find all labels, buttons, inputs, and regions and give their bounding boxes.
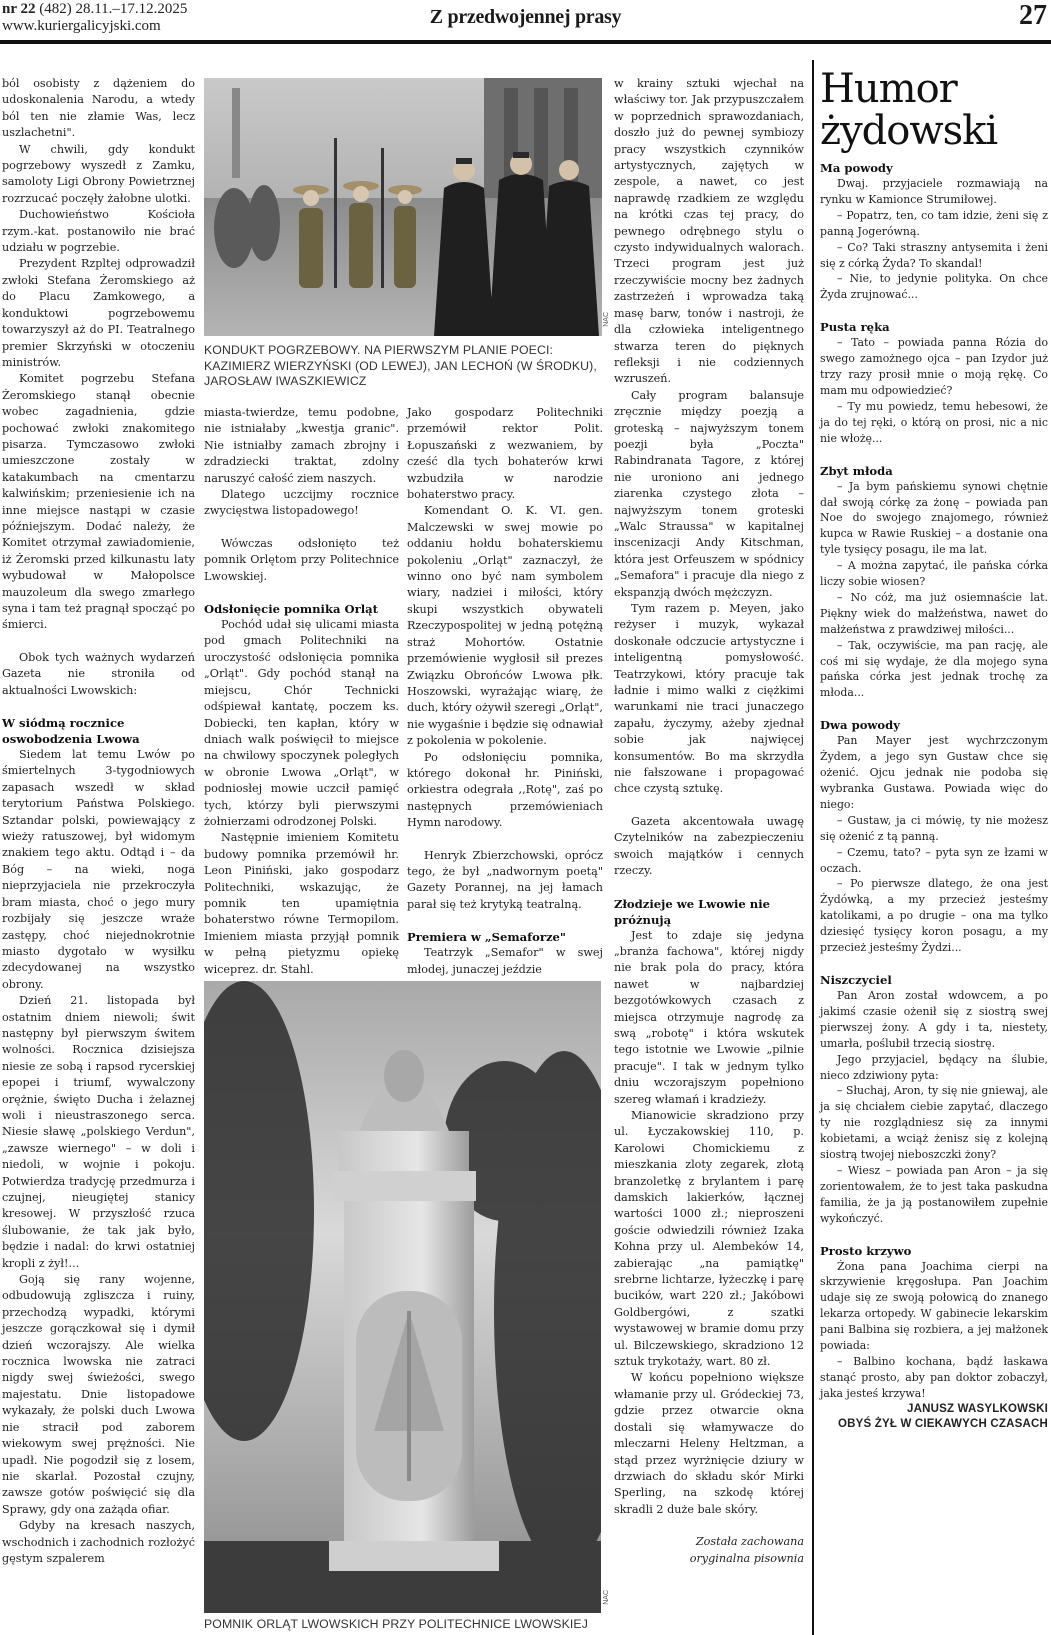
paragraph: Tym razem p. Meyen, jako reżyser i muzyk… <box>614 601 804 798</box>
spelling-note-line2: oryginalna pisownia <box>614 1551 804 1567</box>
joke-title: Ma powody <box>820 160 1048 176</box>
paragraph: – Balbino kochana, bądź łaskawa stanąć p… <box>820 1354 1048 1402</box>
joke-title: Niszczyciel <box>820 972 1048 988</box>
photo-illustration <box>204 78 602 336</box>
spacer <box>820 447 1048 463</box>
joke-title: Pusta ręka <box>820 319 1048 335</box>
paragraph: Siedem lat temu Lwów po śmiertelnych 3-t… <box>2 747 195 993</box>
spacer <box>204 585 399 601</box>
paragraph: Pochód udał się ulicami miasta pod gmach… <box>204 617 399 830</box>
paragraph: Jego przyjaciel, będący na ślubie, nieco… <box>820 1052 1048 1084</box>
photo-credit-top: NAC <box>603 312 610 327</box>
spacer <box>614 1518 804 1534</box>
paragraph: – Czemu, tato? – pyta syn ze łzami w ocz… <box>820 845 1048 877</box>
joke-ma-powody: Ma powody Dwaj. przyjaciele rozmawiają n… <box>820 160 1048 303</box>
paragraph: Żona pana Joachima cierpi na skrzywienie… <box>820 1259 1048 1354</box>
spacer <box>407 832 603 848</box>
subheading-premiere: Premiera w „Semaforze" <box>407 929 603 945</box>
humor-title-line2: żydowski <box>820 110 997 152</box>
monument-illustration <box>204 981 601 1613</box>
paragraph: Wówczas odsłonięto też pomnik Orlętom pr… <box>204 536 399 585</box>
page-header: nr 22 (482) 28.11.–17.12.2025 www.kurier… <box>0 0 1051 42</box>
funeral-procession-photo <box>204 78 602 336</box>
joke-pusta-reka: Pusta ręka – Tato – powiada panna Rózia … <box>820 319 1048 446</box>
paragraph: – Tak, oczywiście, ma pan rację, ale coś… <box>820 638 1048 702</box>
paragraph: – Tato – powiada panna Rózia do swego za… <box>820 335 1048 399</box>
paragraph: Jako gospodarz Politechniki przemówił re… <box>407 405 603 503</box>
joke-niszczyciel: Niszczyciel Pan Aron został wdowcem, a p… <box>820 972 1048 1227</box>
paragraph: Goją się rany wojenne, odbudowują zglisz… <box>2 1272 195 1518</box>
paragraph: w krainy sztuki wjechał na właściwy tor.… <box>614 76 804 388</box>
spacer <box>204 520 399 536</box>
paragraph: Komendant O. K. VI. gen. Malczewski w sw… <box>407 503 603 749</box>
paragraph: – A można zapytać, ile pańska córka licz… <box>820 558 1048 590</box>
spelling-note-line1: Została zachowana <box>614 1534 804 1550</box>
paragraph: Mianowicie skradziono przy ul. Łyczakows… <box>614 1108 804 1371</box>
paragraph: – Co? Taki straszny antysemita i żeni si… <box>820 240 1048 272</box>
header-rule <box>0 40 1051 44</box>
photo-credit-bottom: NAC <box>603 1590 610 1605</box>
paragraph: Dzień 21. listopada był ostatnim dniem n… <box>2 993 195 1272</box>
article-column-1: ból osobisty z dążeniem do udoskonalenia… <box>2 76 195 1567</box>
author-signature: Janusz Wasylkowski <box>820 1402 1048 1417</box>
subheading-anniversary: W siódmą rocznice oswobodzenia Lwowa <box>2 715 195 747</box>
subheading-thieves: Złodzieje we Lwowie nie próżnują <box>614 896 804 928</box>
paragraph: W chwili, gdy kondukt pogrzebowy wyszedł… <box>2 142 195 208</box>
paragraph: – Ja bym pańskiemu synowi chętnie dał sw… <box>820 479 1048 559</box>
spacer <box>2 634 195 650</box>
joke-title: Prosto krzywo <box>820 1243 1048 1259</box>
joke-title: Zbyt młoda <box>820 463 1048 479</box>
paragraph: Pan Aron został wdowcem, a po jakimś cza… <box>820 988 1048 1052</box>
article-column-2: miasta-twierdze, temu podobne, nie istni… <box>204 405 399 978</box>
spacer <box>614 798 804 814</box>
spacer <box>614 880 804 896</box>
paragraph: Po odsłonięciu pomnika, którego dokonał … <box>407 750 603 832</box>
joke-prosto-krzywo: Prosto krzywo Żona pana Joachima cierpi … <box>820 1243 1048 1402</box>
joke-title: Dwa powody <box>820 717 1048 733</box>
spacer <box>820 956 1048 972</box>
paragraph: Dlatego uczcijmy rocznice zwycięstwa lis… <box>204 487 399 520</box>
paragraph: – Po pierwsze dlatego, że ona jest Żydów… <box>820 876 1048 956</box>
paragraph: miasta-twierdze, temu podobne, nie istni… <box>204 405 399 487</box>
paragraph: Gdyby na kresach naszych, wschodnich i z… <box>2 1518 195 1567</box>
book-title: Obyś żył w ciekawych czasach <box>820 1417 1048 1432</box>
paragraph: – Gustaw, ja ci mówię, ty nie możesz się… <box>820 813 1048 845</box>
photo-caption-bottom: Pomnik Orląt Lwowskich przy Politechnice… <box>204 1617 604 1633</box>
paragraph: – Popatrz, ten, co tam idzie, żeni się z… <box>820 208 1048 240</box>
joke-zbyt-mloda: Zbyt młoda – Ja bym pańskiemu synowi chę… <box>820 463 1048 702</box>
paragraph: – Słuchaj, Aron, ty się nie gniewaj, ale… <box>820 1083 1048 1163</box>
section-title: Z przedwojennej prasy <box>0 6 1051 29</box>
article-column-3: Jako gospodarz Politechniki przemówił re… <box>407 405 603 978</box>
spacer <box>820 303 1048 319</box>
paragraph: – Nie, to jedynie polityka. On chce Żyda… <box>820 271 1048 303</box>
spacer <box>820 701 1048 717</box>
paragraph: ból osobisty z dążeniem do udoskonalenia… <box>2 76 195 142</box>
paragraph: W końcu popełniono większe włamanie przy… <box>614 1370 804 1518</box>
paragraph: Komitet pogrzebu Stefana Żeromskiego sta… <box>2 371 195 634</box>
subheading-monument: Odsłonięcie pomnika Orląt <box>204 601 399 617</box>
joke-dwa-powody: Dwa powody Pan Mayer jest wychrzczonym Ż… <box>820 717 1048 956</box>
page-number: 27 <box>1019 0 1047 32</box>
paragraph: Cały program balansuje zręcznie między p… <box>614 388 804 601</box>
paragraph: Teatrzyk „Semafor" w swej młodej, junacz… <box>407 945 603 978</box>
humor-column: Ma powody Dwaj. przyjaciele rozmawiają n… <box>820 160 1048 1432</box>
paragraph: Duchowieństwo Kościoła rzym.-kat. postan… <box>2 207 195 256</box>
spacer <box>2 699 195 715</box>
spacer <box>820 1227 1048 1243</box>
orleta-monument-photo <box>204 981 601 1613</box>
column-divider <box>812 60 814 1635</box>
photo-caption-top: Kondukt pogrzebowy. Na pierwszym planie … <box>204 343 604 390</box>
paragraph: Obok tych ważnych wydarzeń Gazeta nie st… <box>2 650 195 699</box>
paragraph: – Ty mu powiedz, temu hebesowi, że ja do… <box>820 399 1048 447</box>
paragraph: Dwaj. przyjaciele rozmawiają na rynku w … <box>820 176 1048 208</box>
spacer <box>407 913 603 929</box>
paragraph: Pan Mayer jest wychrzczonym Żydem, a jeg… <box>820 733 1048 813</box>
paragraph: Jest to zdaje się jedyna „branża fachowa… <box>614 928 804 1108</box>
paragraph: Prezydent Rzpltej odprowadził zwłoki Ste… <box>2 256 195 371</box>
paragraph: – Wiesz – powiada pan Aron – ja się zori… <box>820 1163 1048 1227</box>
paragraph: Henryk Zbierzchowski, oprócz tego, że by… <box>407 848 603 914</box>
paragraph: Następnie imieniem Komitetu budowy pomni… <box>204 830 399 978</box>
humor-title-line1: Humor <box>820 68 997 110</box>
article-column-4: w krainy sztuki wjechał na właściwy tor.… <box>614 76 804 1567</box>
paragraph: – No cóż, ma już osiemnaście lat. Piękny… <box>820 590 1048 638</box>
paragraph: Gazeta akcentowała uwagę Czytelników na … <box>614 814 804 880</box>
humor-section-title: Humor żydowski <box>820 68 997 152</box>
